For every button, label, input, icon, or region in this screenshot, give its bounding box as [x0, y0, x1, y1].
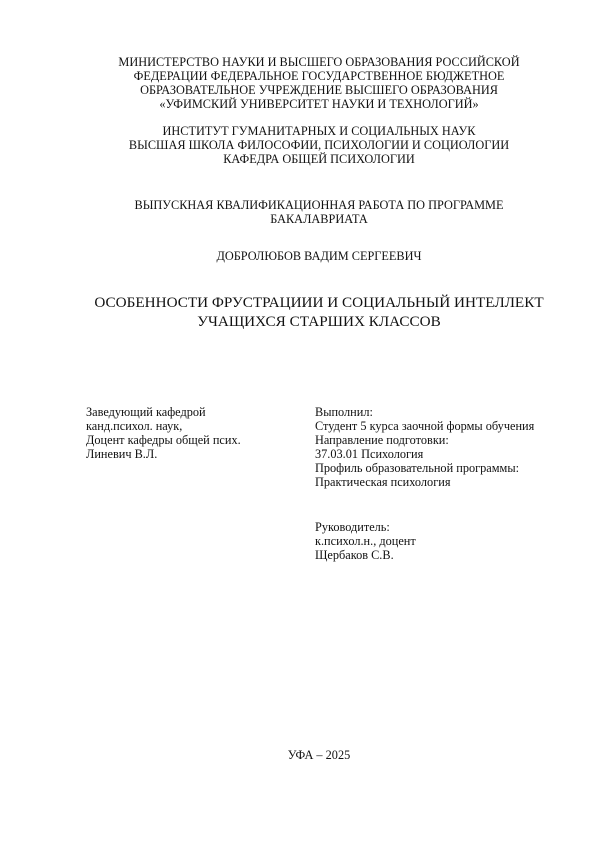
head-degree: канд.психол. наук,	[86, 419, 241, 433]
institute-name: ИНСТИТУТ ГУМАНИТАРНЫХ И СОЦИАЛЬНЫХ НАУК	[86, 124, 552, 138]
title-page: МИНИСТЕРСТВО НАУКИ И ВЫСШЕГО ОБРАЗОВАНИЯ…	[0, 0, 595, 841]
supervisor-name: Щербаков С.В.	[315, 548, 416, 562]
student-info: Студент 5 курса заочной формы обучения	[315, 419, 534, 433]
supervisor-label: Руководитель:	[315, 520, 416, 534]
department-name: КАФЕДРА ОБЩЕЙ ПСИХОЛОГИИ	[86, 152, 552, 166]
direction-value: 37.03.01 Психология	[315, 447, 534, 461]
head-position: Доцент кафедры общей псих.	[86, 433, 241, 447]
header-line: «УФИМСКИЙ УНИВЕРСИТЕТ НАУКИ И ТЕХНОЛОГИЙ…	[86, 97, 552, 111]
header-line: ОБРАЗОВАТЕЛЬНОЕ УЧРЕЖДЕНИЕ ВЫСШЕГО ОБРАЗ…	[86, 83, 552, 97]
ministry-university-header: МИНИСТЕРСТВО НАУКИ И ВЫСШЕГО ОБРАЗОВАНИЯ…	[86, 55, 552, 111]
author-block: ДОБРОЛЮБОВ ВАДИМ СЕРГЕЕВИЧ	[86, 249, 552, 263]
supervisor-block: Руководитель: к.психол.н., доцент Щербак…	[315, 520, 416, 562]
supervisor-degree: к.психол.н., доцент	[315, 534, 416, 548]
head-role: Заведующий кафедрой	[86, 405, 241, 419]
profile-value: Практическая психология	[315, 475, 534, 489]
head-name: Линевич В.Л.	[86, 447, 241, 461]
thesis-title-line: УЧАЩИХСЯ СТАРШИХ КЛАССОВ	[86, 312, 552, 331]
thesis-title: ОСОБЕННОСТИ ФРУСТРАЦИИИ И СОЦИАЛЬНЫЙ ИНТ…	[86, 293, 552, 331]
institute-department-block: ИНСТИТУТ ГУМАНИТАРНЫХ И СОЦИАЛЬНЫХ НАУК …	[86, 124, 552, 166]
work-type-line: БАКАЛАВРИАТА	[86, 212, 552, 226]
author-name: ДОБРОЛЮБОВ ВАДИМ СЕРГЕЕВИЧ	[86, 249, 552, 263]
performed-by-block: Выполнил: Студент 5 курса заочной формы …	[315, 405, 534, 489]
work-type-block: ВЫПУСКНАЯ КВАЛИФИКАЦИОННАЯ РАБОТА ПО ПРО…	[86, 198, 552, 226]
school-name: ВЫСШАЯ ШКОЛА ФИЛОСОФИИ, ПСИХОЛОГИИ И СОЦ…	[86, 138, 552, 152]
thesis-title-line: ОСОБЕННОСТИ ФРУСТРАЦИИИ И СОЦИАЛЬНЫЙ ИНТ…	[86, 293, 552, 312]
performed-by-label: Выполнил:	[315, 405, 534, 419]
direction-label: Направление подготовки:	[315, 433, 534, 447]
city-year-footer: УФА – 2025	[86, 748, 552, 762]
head-of-department-block: Заведующий кафедрой канд.психол. наук, Д…	[86, 405, 241, 461]
work-type-line: ВЫПУСКНАЯ КВАЛИФИКАЦИОННАЯ РАБОТА ПО ПРО…	[86, 198, 552, 212]
header-line: МИНИСТЕРСТВО НАУКИ И ВЫСШЕГО ОБРАЗОВАНИЯ…	[86, 55, 552, 69]
city-year: УФА – 2025	[86, 748, 552, 762]
header-line: ФЕДЕРАЦИИ ФЕДЕРАЛЬНОЕ ГОСУДАРСТВЕННОЕ БЮ…	[86, 69, 552, 83]
profile-label: Профиль образовательной программы:	[315, 461, 534, 475]
